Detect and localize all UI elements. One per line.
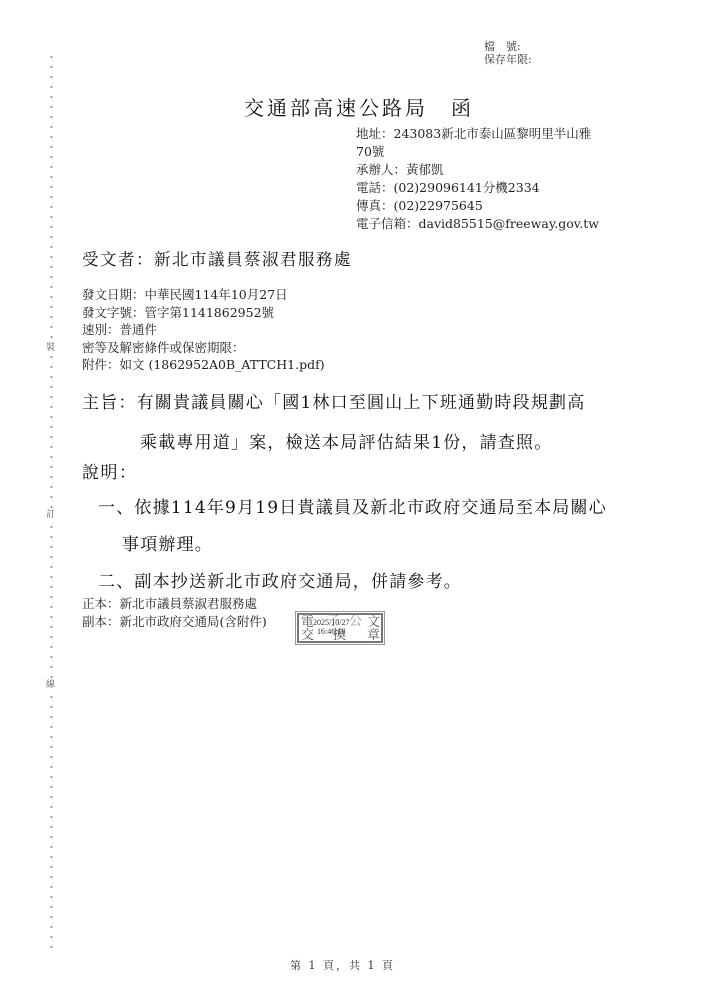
stamp-datetime: 2025/10/27 16:46:18 xyxy=(313,618,349,636)
stamp-char: 章 xyxy=(367,629,380,642)
subject: 主旨：有關貴議員關心「國1林口至圓山上下班通勤時段規劃高 乘載專用道」案，檢送本… xyxy=(82,383,585,463)
binding-dotted-line xyxy=(50,52,53,952)
stamp-char: 公 xyxy=(349,615,362,628)
attachment: 附件：如文 (1862952A0B_ATTCH1.pdf) xyxy=(82,356,325,374)
address-line-1: 地址：243083新北市泰山區黎明里半山雅 xyxy=(356,125,599,143)
archive-info: 檔 號: 保存年限: xyxy=(484,40,532,66)
address-line-2: 70號 xyxy=(356,143,599,161)
issue-date: 發文日期：中華民國114年10月27日 xyxy=(82,286,325,304)
document-number: 發文字號：管字第1141862952號 xyxy=(82,304,325,322)
explanation-list: 一、依據114年9月19日貴議員及新北市政府交通局至本局關心 事項辦理。 二、副… xyxy=(98,490,607,601)
recipient: 受文者：新北市議員蔡淑君服務處 xyxy=(82,246,352,270)
retention-label: 保存年限: xyxy=(484,53,532,66)
fax: 傳真：(02)22975645 xyxy=(356,197,599,215)
classification: 密等及解密條件或保密期限： xyxy=(82,339,325,357)
email: 電子信箱：david85515@freeway.gov.tw xyxy=(356,215,599,233)
subject-line-1: 主旨：有關貴議員關心「國1林口至圓山上下班通勤時段規劃高 xyxy=(82,383,585,423)
page-number: 第 1 頁，共 1 頁 xyxy=(290,957,395,973)
electronic-exchange-stamp: 電 子 公 文 交 換 章 2025/10/27 16:46:18 xyxy=(297,613,383,643)
binding-mark-xian: 線 xyxy=(46,680,55,690)
copy-recipient: 副本：新北市政府交通局(含附件) xyxy=(82,613,267,631)
stamp-time: 16:46:18 xyxy=(313,627,349,636)
explanation-item-1-line-1: 一、依據114年9月19日貴議員及新北市政府交通局至本局關心 xyxy=(98,490,607,527)
binding-mark-zhuang: 裝 xyxy=(46,343,55,353)
explanation-heading: 說明： xyxy=(82,458,138,483)
distribution: 正本：新北市議員蔡淑君服務處 副本：新北市政府交通局(含附件) xyxy=(82,595,267,630)
explanation-item-1: 一、依據114年9月19日貴議員及新北市政府交通局至本局關心 事項辦理。 xyxy=(98,490,607,564)
document-meta: 發文日期：中華民國114年10月27日 發文字號：管字第1141862952號 … xyxy=(82,286,325,374)
original-recipient: 正本：新北市議員蔡淑君服務處 xyxy=(82,595,267,613)
binding-mark-ding: 訂 xyxy=(46,510,55,520)
delivery-speed: 速別：普通件 xyxy=(82,321,325,339)
document-title: 交通部高速公路局 函 xyxy=(244,92,474,121)
phone: 電話：(02)29096141分機2334 xyxy=(356,179,599,197)
handler: 承辦人：黃郁凱 xyxy=(356,161,599,179)
file-number-label: 檔 號: xyxy=(484,40,532,53)
explanation-item-1-line-2: 事項辦理。 xyxy=(98,527,607,564)
stamp-date: 2025/10/27 xyxy=(313,618,349,627)
contact-block: 地址：243083新北市泰山區黎明里半山雅 70號 承辦人：黃郁凱 電話：(02… xyxy=(356,125,599,233)
subject-line-2: 乘載專用道」案，檢送本局評估結果1份，請查照。 xyxy=(82,423,585,463)
